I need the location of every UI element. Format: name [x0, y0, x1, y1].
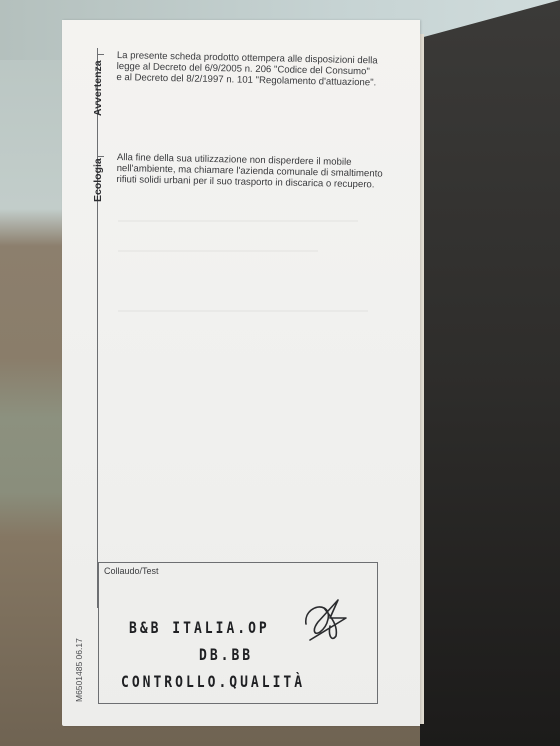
show-through-texture: [118, 310, 368, 312]
section-tick: [97, 54, 104, 55]
document-code: M6501485 06.17: [74, 638, 84, 702]
test-label: Collaudo/Test: [104, 566, 159, 576]
section-tick: [97, 156, 104, 157]
document-page: Avvertenza La presente scheda prodotto o…: [62, 20, 420, 726]
signature-icon: [302, 596, 352, 642]
section-label-ecologia: Ecologia: [92, 158, 104, 202]
show-through-texture: [118, 220, 358, 222]
section-divider-line: [97, 48, 98, 608]
show-through-texture: [118, 250, 318, 252]
warning-paragraph: La presente scheda prodotto ottempera al…: [116, 50, 417, 89]
ecology-paragraph: Alla fine della sua utilizzazione non di…: [116, 152, 417, 191]
dark-cover-panel: [420, 0, 560, 746]
stamp-line-dept: DB.BB: [199, 646, 253, 665]
stamp-line-company: B&B ITALIA.OP: [129, 619, 270, 638]
stamp-line-quality: CONTROLLO.QUALITÀ: [121, 673, 305, 692]
section-label-avvertenza: Avvertenza: [92, 60, 104, 116]
